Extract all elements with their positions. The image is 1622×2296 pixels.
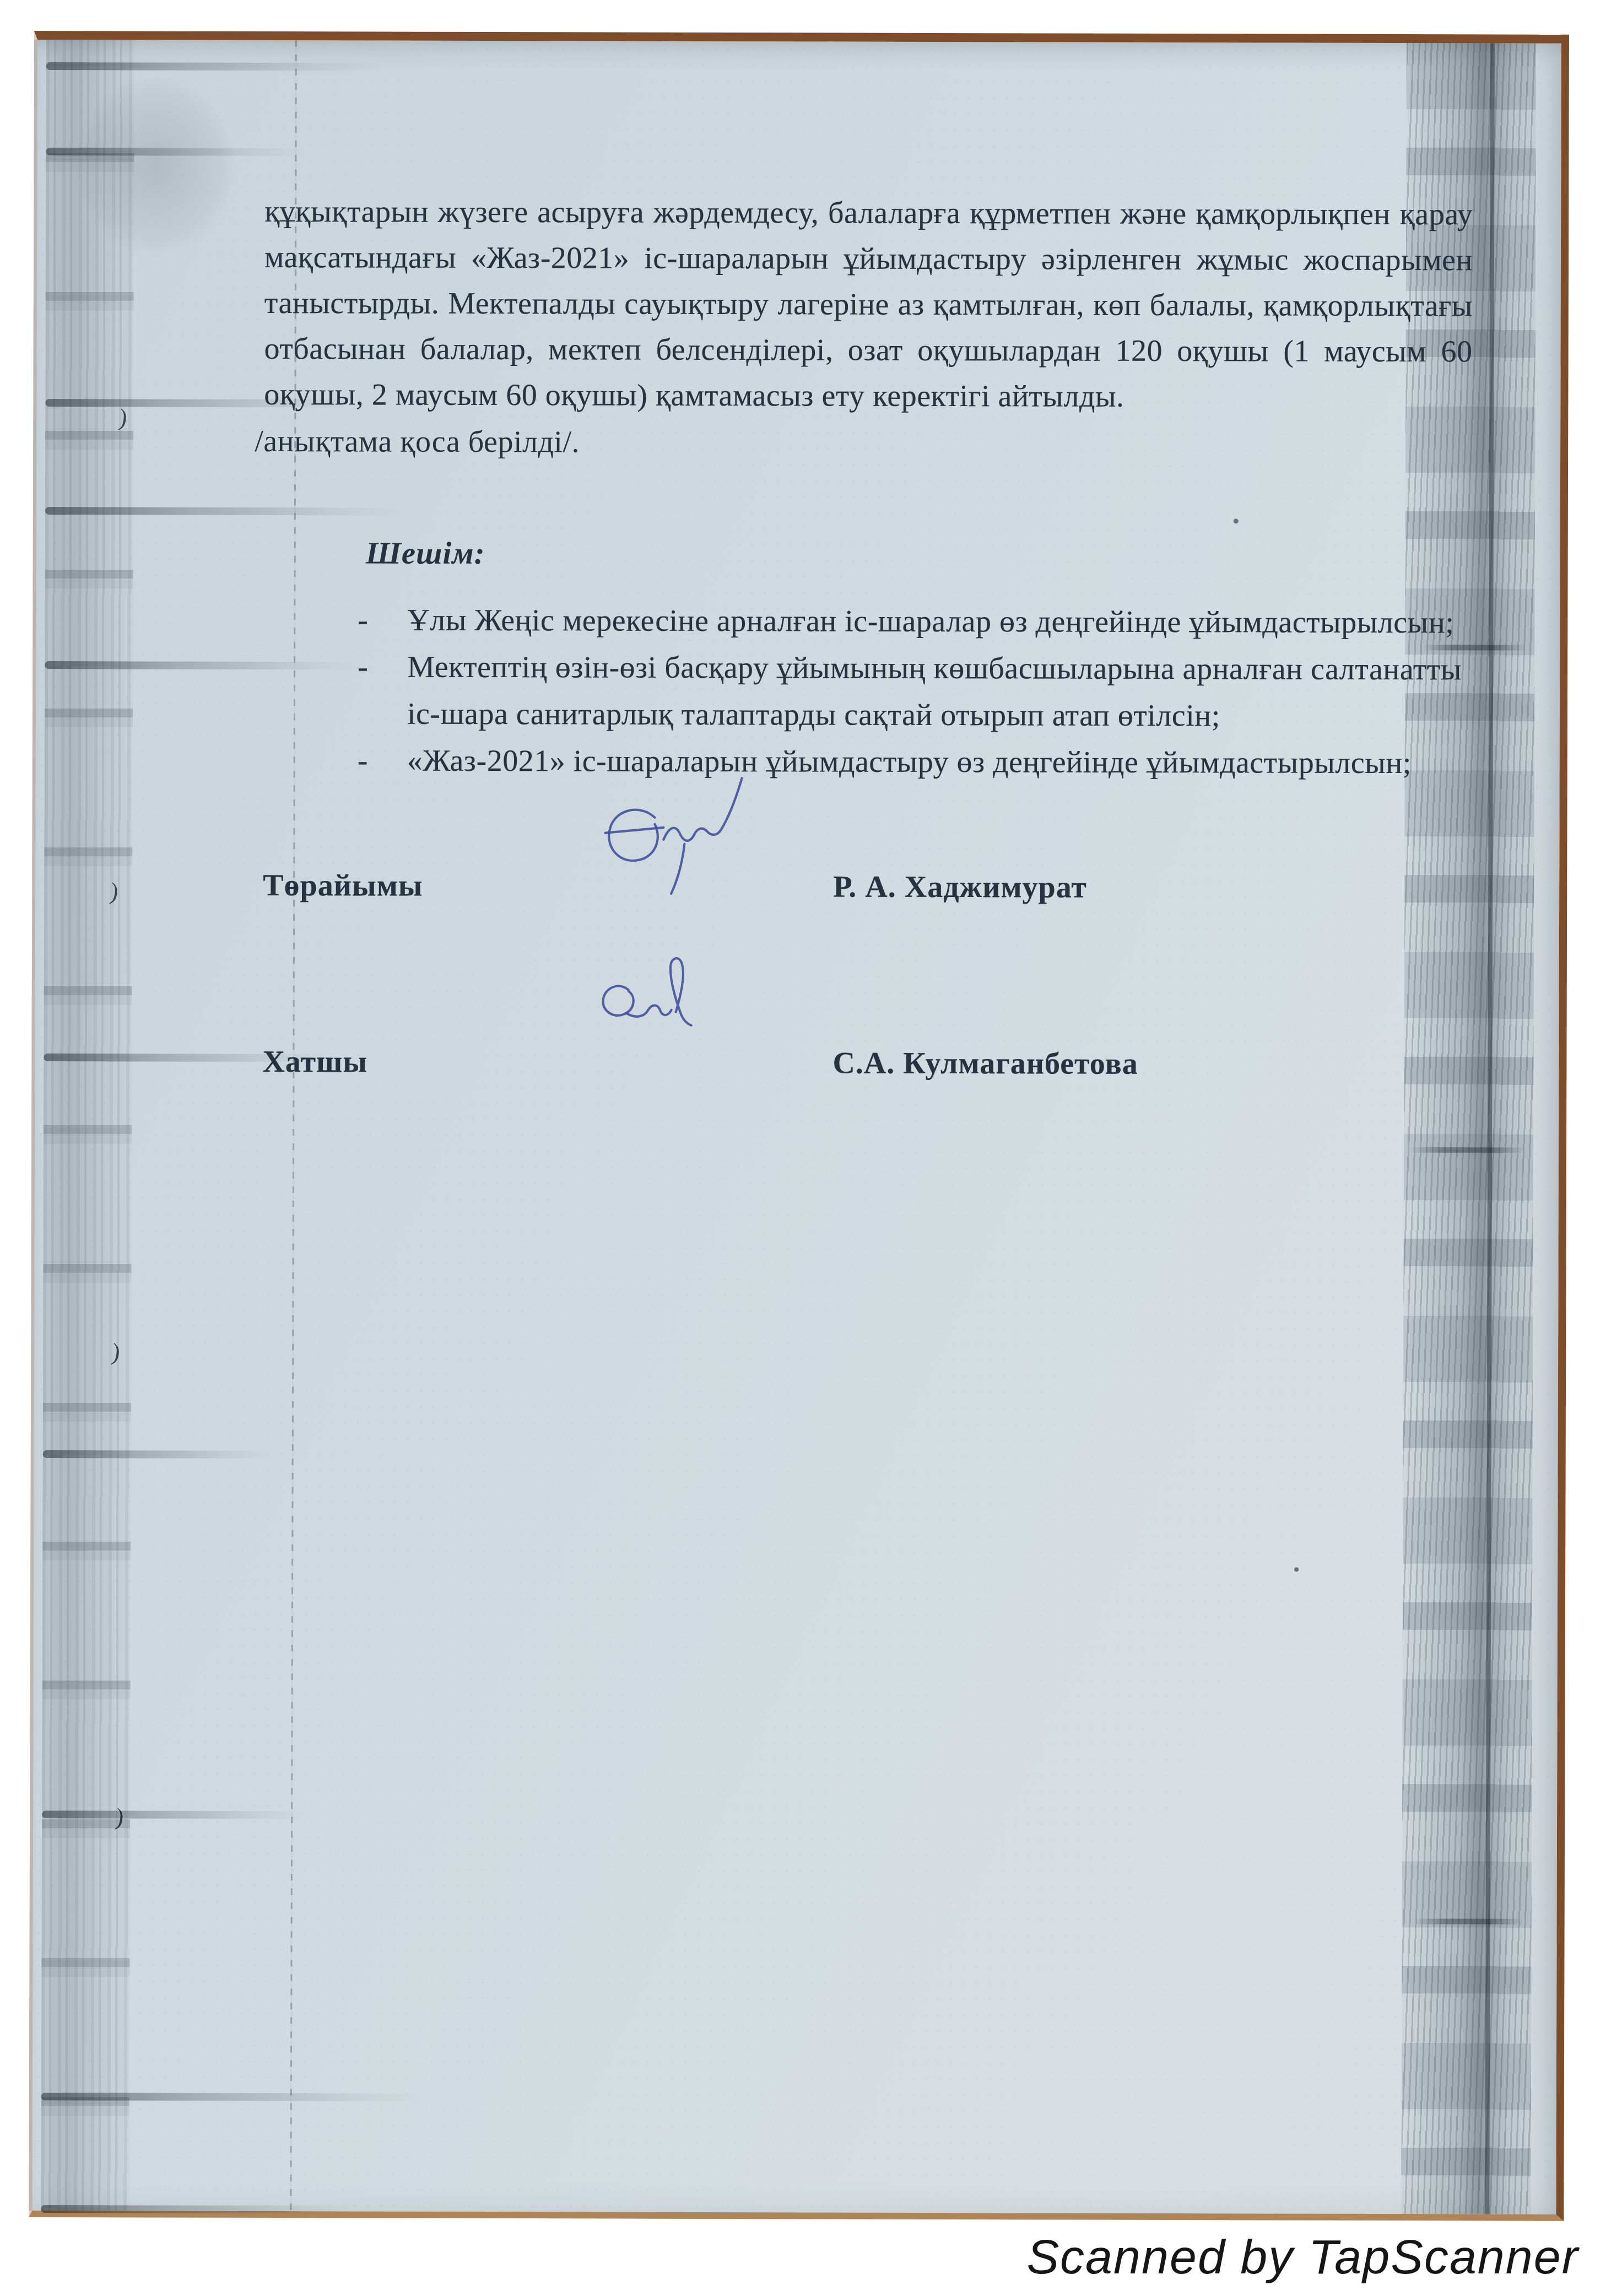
chairman-signature-ink xyxy=(602,774,745,898)
body-paragraph: құқықтарын жүзеге асыруға жәрдемдесу, ба… xyxy=(264,189,1473,420)
document-content: құқықтарын жүзеге асыруға жәрдемдесу, ба… xyxy=(32,40,1561,2214)
role-label-chairman: Төрайымы xyxy=(263,868,423,904)
secretary-signature-ink xyxy=(593,947,698,1027)
scanned-page: ) ) ) ) құқықтарын жүзеге асыруға жәрдем… xyxy=(29,31,1569,2221)
dash-bullet: - xyxy=(358,737,368,784)
decision-item: - Мектептің өзін-өзі басқару ұйымының кө… xyxy=(358,644,1462,740)
decision-item-text: «Жаз-2021» іс-шараларын ұйымдастыру өз д… xyxy=(407,744,1412,780)
decision-item-text: Мектептің өзін-өзі басқару ұйымының көшб… xyxy=(407,650,1462,733)
decision-list: - Ұлы Жеңіс мерекесіне арналған іс-шарал… xyxy=(358,597,1462,787)
tapscanner-watermark: Scanned by TapScanner xyxy=(1026,2229,1579,2285)
signer-name-secretary: С.А. Кулмаганбетова xyxy=(832,1046,1138,1082)
decision-item: - «Жаз-2021» іс-шараларын ұйымдастыру өз… xyxy=(358,737,1462,787)
role-label-secretary: Хатшы xyxy=(262,1044,367,1079)
scanned-document-canvas: { "document": { "body_paragraph": "құқық… xyxy=(0,0,1622,2296)
decision-item: - Ұлы Жеңіс мерекесіне арналған іс-шарал… xyxy=(358,597,1462,646)
attachment-note: /анықтама қоса берілді/. xyxy=(255,424,580,460)
decision-item-text: Ұлы Жеңіс мерекесіне арналған іс-шаралар… xyxy=(407,603,1454,640)
decision-heading: Шешім: xyxy=(366,535,485,571)
dash-bullet: - xyxy=(358,644,368,690)
dash-bullet: - xyxy=(358,597,368,644)
signer-name-chairman: Р. А. Хаджимурат xyxy=(833,869,1087,905)
signature-row-chairman: Төрайымы Р. А. Хаджимурат xyxy=(35,867,1559,921)
signature-row-secretary: Хатшы С.А. Кулмаганбетова xyxy=(35,1044,1559,1097)
